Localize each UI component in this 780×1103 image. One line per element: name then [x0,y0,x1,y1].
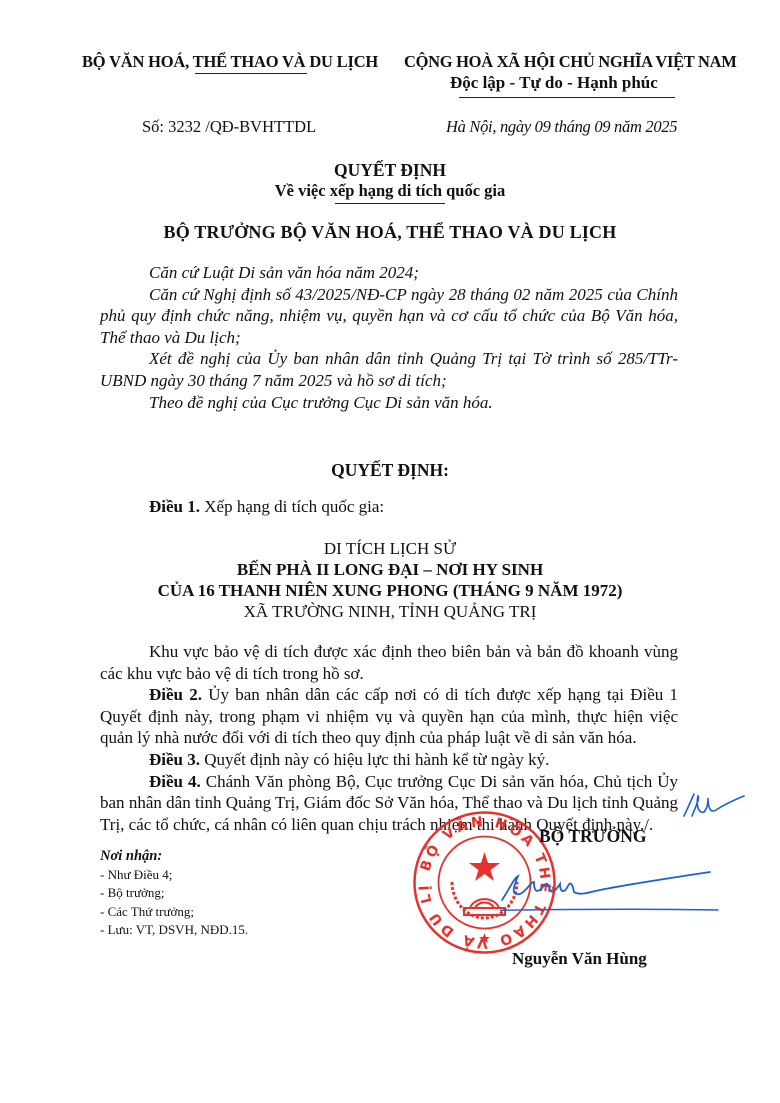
issuing-authority: BỘ TRƯỞNG BỘ VĂN HOÁ, THỂ THAO VÀ DU LỊC… [0,222,780,243]
motto-underline [459,97,675,98]
recipient-item: - Các Thứ trưởng; [100,903,248,922]
signer-name: Nguyễn Văn Hùng [512,949,647,969]
article-1-text: Xếp hạng di tích quốc gia: [200,497,384,516]
legal-basis-item: Căn cứ Luật Di sản văn hóa năm 2024; [100,262,678,284]
decision-body: Khu vực bảo vệ di tích được xác định the… [100,641,678,835]
signer-title: BỘ TRƯỞNG [539,826,646,847]
decision-heading: QUYẾT ĐỊNH: [0,460,780,481]
article-3: Điều 3. Quyết định này có hiệu lực thi h… [100,749,678,771]
recipient-item: - Bộ trưởng; [100,884,248,903]
article-1-label: Điều 1. [149,497,200,516]
article-2: Điều 2. Ủy ban nhân dân các cấp nơi có d… [100,684,678,749]
initial-mark-icon [678,786,748,826]
handwritten-signature-icon [500,868,720,918]
article-4-label: Điều 4. [149,772,201,791]
legal-basis-item: Căn cứ Nghị định số 43/2025/NĐ-CP ngày 2… [100,284,678,349]
recipients-title: Nơi nhận: [100,847,248,866]
issuing-agency: BỘ VĂN HOÁ, THỂ THAO VÀ DU LỊCH [82,52,378,72]
subject-underline [335,203,445,204]
document-subject: Về việc xếp hạng di tích quốc gia [0,181,780,201]
agency-underline [195,73,307,74]
relic-name-line2: CỦA 16 THANH NIÊN XUNG PHONG (THÁNG 9 NĂ… [0,581,780,601]
country-name: CỘNG HOÀ XÃ HỘI CHỦ NGHĨA VIỆT NAM [404,52,737,72]
recipient-item: - Lưu: VT, DSVH, NĐD.15. [100,921,248,940]
protection-note: Khu vực bảo vệ di tích được xác định the… [100,641,678,684]
article-3-text: Quyết định này có hiệu lực thi hành kể t… [200,750,549,769]
recipient-item: - Như Điều 4; [100,866,248,885]
national-motto: Độc lập - Tự do - Hạnh phúc [450,73,658,93]
article-3-label: Điều 3. [149,750,200,769]
legal-basis: Căn cứ Luật Di sản văn hóa năm 2024; Căn… [100,262,678,413]
legal-basis-item: Xét đề nghị của Ủy ban nhân dân tỉnh Quả… [100,348,678,391]
document-type: QUYẾT ĐỊNH [0,160,780,181]
recipients-block: Nơi nhận: - Như Điều 4; - Bộ trưởng; - C… [100,847,248,940]
relic-name-line1: BẾN PHÀ II LONG ĐẠI – NƠI HY SINH [0,560,780,580]
document-number: Số: 3232 /QĐ-BVHTTDL [142,117,316,137]
place-date: Hà Nội, ngày 09 tháng 09 năm 2025 [446,117,677,137]
legal-basis-item: Theo đề nghị của Cục trưởng Cục Di sản v… [100,392,678,414]
article-2-label: Điều 2. [149,685,202,704]
article-1: Điều 1. Xếp hạng di tích quốc gia: [149,497,384,517]
relic-location: XÃ TRƯỜNG NINH, TỈNH QUẢNG TRỊ [0,602,780,622]
relic-category: DI TÍCH LỊCH SỬ [0,539,780,559]
